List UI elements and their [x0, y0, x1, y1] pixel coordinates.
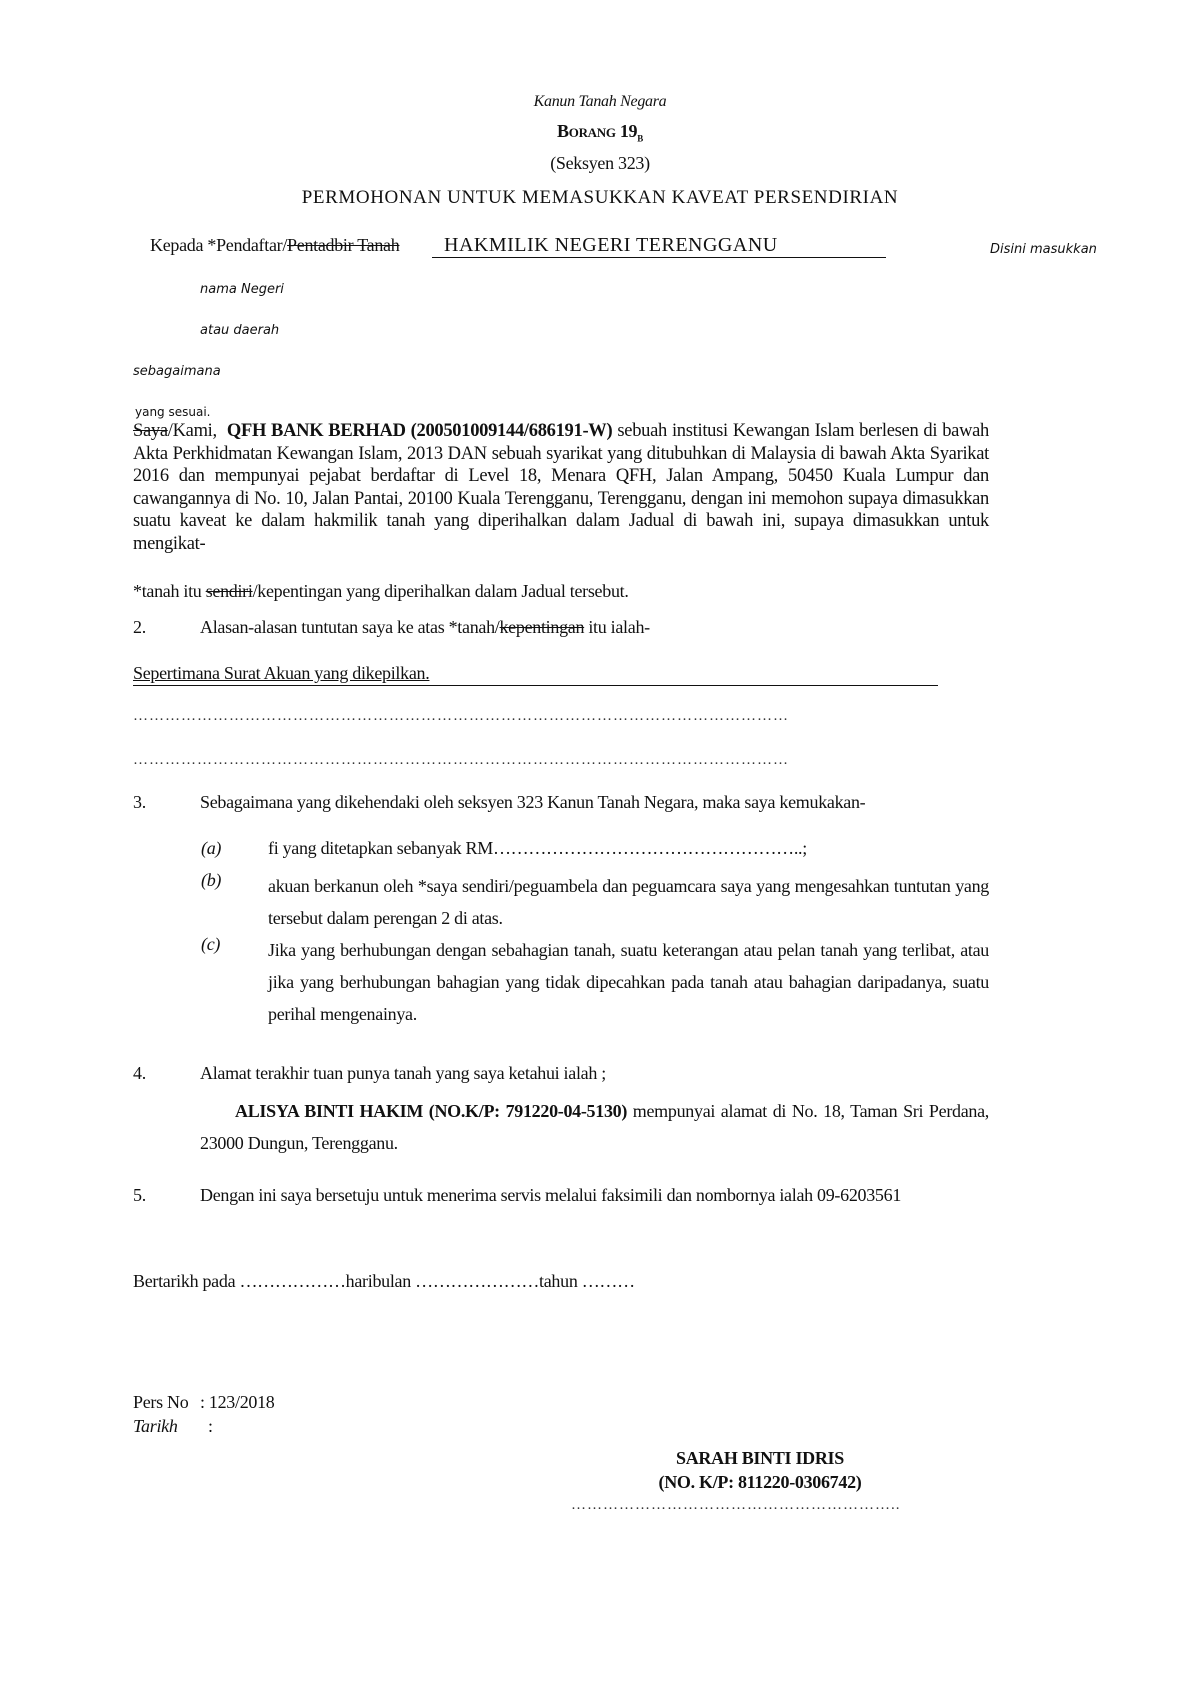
- margin-note-line-3: sebagaimana: [133, 364, 221, 379]
- dated-line[interactable]: Bertarikh pada ………………haribulan …………………ta…: [133, 1271, 635, 1292]
- form-suffix: B: [637, 134, 643, 144]
- addressee-line: Kepada *Pendaftar/Pentadbir Tanah: [150, 235, 399, 256]
- binding-struck: sendiri: [206, 581, 253, 601]
- binding-prefix: *tanah itu: [133, 581, 206, 601]
- item-a-text: fi yang ditetapkan sebanyak RM……………………………: [268, 838, 807, 859]
- para-2-number: 2.: [133, 617, 146, 638]
- para-4-text: Alamat terakhir tuan punya tanah yang sa…: [200, 1063, 606, 1084]
- ref-label: Pers No: [133, 1392, 188, 1413]
- para-2-text-a: Alasan-alasan tuntutan saya ke atas *tan…: [200, 617, 499, 637]
- reason-text: Sepertimana Surat Akuan yang dikepilkan.: [133, 663, 429, 683]
- margin-note-line-4: yang sesuai.: [135, 405, 211, 419]
- para-3-text: Sebagaimana yang dikehendaki oleh seksye…: [200, 792, 865, 813]
- item-c-text: Jika yang berhubungan dengan sebahagian …: [268, 934, 989, 1030]
- item-b-text: akuan berkanun oleh *saya sendiri/peguam…: [268, 870, 989, 934]
- para-2-struck: kepentingan: [499, 617, 584, 637]
- para-3-number: 3.: [133, 792, 146, 813]
- reason-field[interactable]: Sepertimana Surat Akuan yang dikepilkan.: [133, 663, 938, 686]
- section-reference: (Seksyen 323): [0, 153, 1200, 174]
- para-4-number: 4.: [133, 1063, 146, 1084]
- signature-line[interactable]: ……………………………………………………..: [571, 1497, 901, 1514]
- bank-name: QFH BANK BERHAD (200501009144/686191-W): [227, 421, 613, 441]
- date-value: :: [208, 1416, 213, 1437]
- owner-paragraph: ALISYA BINTI HAKIM (NO.K/P: 791220-04-51…: [200, 1095, 989, 1159]
- item-b-label: (b): [201, 870, 221, 891]
- blank-line-1[interactable]: ……………………………………………………………………………………………………………: [133, 708, 789, 725]
- addressee-prefix: Kepada *Pendaftar/: [150, 235, 287, 255]
- para-5-number: 5.: [133, 1185, 146, 1206]
- addressee-field[interactable]: HAKMILIK NEGERI TERENGGANU: [432, 234, 886, 258]
- page-title: PERMOHONAN UNTUK MEMASUKKAN KAVEAT PERSE…: [0, 187, 1200, 209]
- item-a-label: (a): [201, 838, 221, 859]
- applicant-struck: Saya: [133, 421, 168, 441]
- margin-note-line-2: atau daerah: [200, 323, 279, 338]
- para-2-text-b: itu ialah-: [584, 617, 650, 637]
- signatory-name: SARAH BINTI IDRIS: [570, 1448, 950, 1469]
- signatory-ic: (NO. K/P: 811220-0306742): [570, 1472, 950, 1493]
- form-number: Borang 19B: [0, 121, 1200, 144]
- form-number-text: Borang 19: [557, 121, 637, 141]
- date-label: Tarikh: [133, 1416, 178, 1437]
- applicant-paragraph: Saya/Kami, QFH BANK BERHAD (200501009144…: [133, 420, 989, 555]
- binding-line: *tanah itu sendiri/kepentingan yang dipe…: [133, 581, 629, 602]
- applicant-prefix: /Kami,: [168, 421, 217, 441]
- blank-line-2[interactable]: ……………………………………………………………………………………………………………: [133, 752, 789, 769]
- owner-name: ALISYA BINTI HAKIM (NO.K/P: 791220-04-51…: [235, 1101, 627, 1121]
- ref-value: : 123/2018: [200, 1392, 275, 1413]
- binding-suffix: /kepentingan yang diperihalkan dalam Jad…: [253, 581, 629, 601]
- margin-note-line-1: nama Negeri: [200, 282, 284, 297]
- addressee-struck: Pentadbir Tanah: [287, 235, 399, 255]
- item-c-label: (c): [201, 934, 220, 955]
- para-2-text: Alasan-alasan tuntutan saya ke atas *tan…: [200, 617, 650, 638]
- para-5-text: Dengan ini saya bersetuju untuk menerima…: [200, 1185, 901, 1206]
- margin-note: Disini masukkan: [990, 242, 1097, 257]
- act-name: Kanun Tanah Negara: [0, 93, 1200, 111]
